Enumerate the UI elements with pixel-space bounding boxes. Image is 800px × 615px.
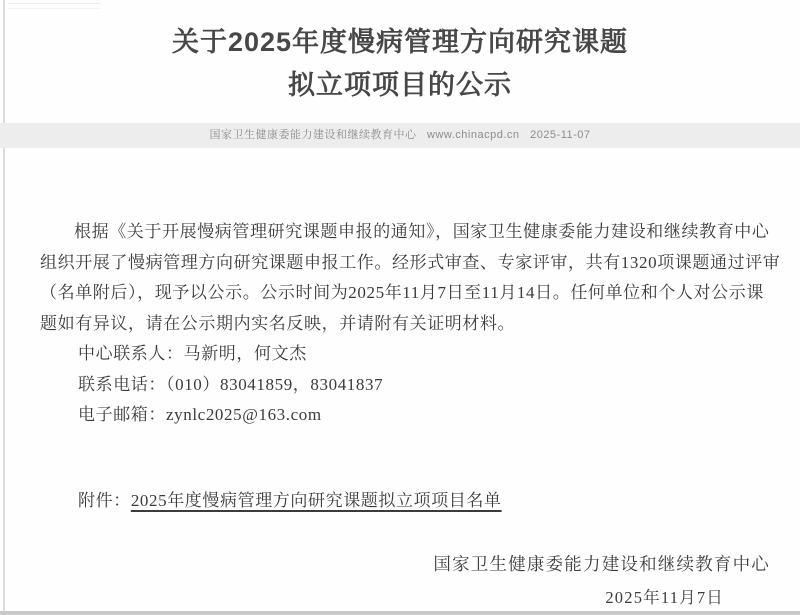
scan-artifact-line	[8, 3, 100, 4]
issue-date: 2025年11月7日	[605, 584, 724, 608]
paragraph-line-1: 根据《关于开展慢病管理研究课题申报的通知》，国家卫生健康委能力建设和继续教育中心	[40, 217, 772, 248]
attachment-link[interactable]: 2025年度慢病管理方向研究课题拟立项项目名单	[131, 491, 502, 510]
announcement-page: 关于2025年度慢病管理方向研究课题 拟立项项目的公示 国家卫生健康委能力建设和…	[0, 0, 800, 615]
publish-date: 2025-11-07	[530, 129, 590, 141]
paragraph-line-2: 组织开展了慢病管理方向研究课题申报工作。经形式审查、专家评审，共有1320项课题…	[40, 248, 772, 279]
page-title: 关于2025年度慢病管理方向研究课题 拟立项项目的公示	[0, 21, 800, 107]
source-banner: 国家卫生健康委能力建设和继续教育中心 www.chinacpd.cn 2025-…	[0, 123, 800, 148]
attachment-label: 附件：	[78, 491, 131, 510]
contact-person-line: 中心联系人：马新明，何文杰	[40, 339, 772, 370]
bottom-scan-line	[0, 611, 800, 615]
contact-email-line: 电子邮箱：zynlc2025@163.com	[40, 400, 772, 431]
article-body: 根据《关于开展慢病管理研究课题申报的通知》，国家卫生健康委能力建设和继续教育中心…	[40, 217, 772, 516]
paragraph-line-3: （名单附后），现予以公示。公示时间为2025年11月7日至11月14日。任何单位…	[40, 278, 772, 309]
attachment-line: 附件：2025年度慢病管理方向研究课题拟立项项目名单	[40, 486, 772, 517]
source-url: www.chinacpd.cn	[427, 129, 520, 141]
scan-artifact-line	[8, 8, 100, 9]
page-title-line1: 关于2025年度慢病管理方向研究课题	[0, 21, 800, 64]
page-title-line2: 拟立项项目的公示	[0, 64, 800, 107]
paragraph-line-4: 题如有异议，请在公示期内实名反映，并请附有关证明材料。	[40, 309, 772, 340]
contact-phone-line: 联系电话：（010）83041859，83041837	[40, 370, 772, 401]
issuing-org: 国家卫生健康委能力建设和继续教育中心	[433, 551, 770, 576]
source-org-name: 国家卫生健康委能力建设和继续教育中心	[209, 129, 416, 141]
